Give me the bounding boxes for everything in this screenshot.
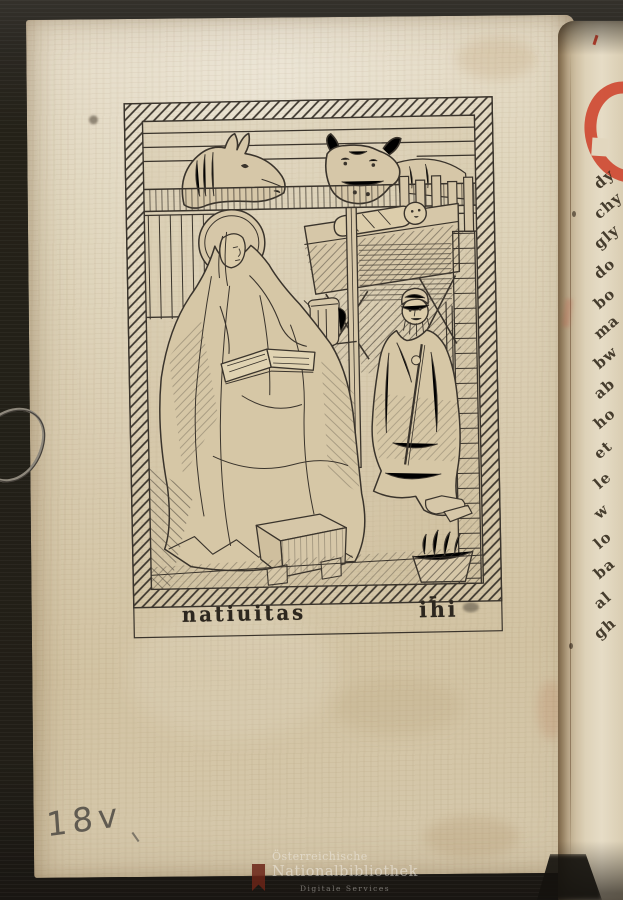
text-fragment: gh [586,598,623,647]
speck [572,211,576,217]
red-smear [562,299,572,328]
red-lombard-initial [574,72,623,191]
text-fragment: w [586,478,623,527]
text-fragment: ba [586,538,623,587]
blackletter-fragments: dy chy gly do bo ma bw ab ho et le w lo … [596,171,623,651]
text-fragment: do [586,238,623,287]
text-fragment: bw [586,328,623,377]
adjacent-page-edge: dy chy gly do bo ma bw ab ho et le w lo … [558,21,623,900]
text-fragment: lo [586,508,623,557]
wire-clip [0,400,54,506]
woodcut-caption-right: ih̄i [419,597,459,624]
text-fragment: gly [586,208,623,257]
text-fragment: le [586,448,623,497]
watermark-line2: Nationalbibliothek [272,864,418,880]
text-fragment: dy [586,148,623,197]
text-fragment: chy [586,178,623,227]
nativity-woodcut: natiuitas ih̄i [116,91,511,650]
text-fragment: et [586,418,623,467]
ink-smudge [463,602,479,612]
text-fragment: bo [586,268,623,317]
initial-notch [591,137,608,156]
library-watermark: Österreichische Nationalbibliothek Digit… [252,850,418,893]
stain [332,676,463,737]
text-fragment: al [586,568,623,617]
red-mark [593,35,599,45]
watermark-line3: Digitale Services [300,884,418,893]
nativity-woodcut-illustration [116,91,510,646]
stain [456,37,536,80]
stain [89,115,98,124]
library-logo-icon [252,864,265,891]
text-fragment: ma [586,298,623,347]
watermark-line1: Österreichische [272,850,418,863]
page-crease [570,51,571,871]
text-fragment: ab [586,358,623,407]
text-fragment: ho [586,388,623,437]
watermark-text: Österreichische Nationalbibliothek Digit… [272,850,418,893]
speck [569,643,573,649]
book-scan-stage: natiuitas ih̄i dy chy gly do bo ma bw ab… [0,0,623,900]
woodcut-caption-left: natiuitas [182,599,306,626]
stain [424,815,519,858]
